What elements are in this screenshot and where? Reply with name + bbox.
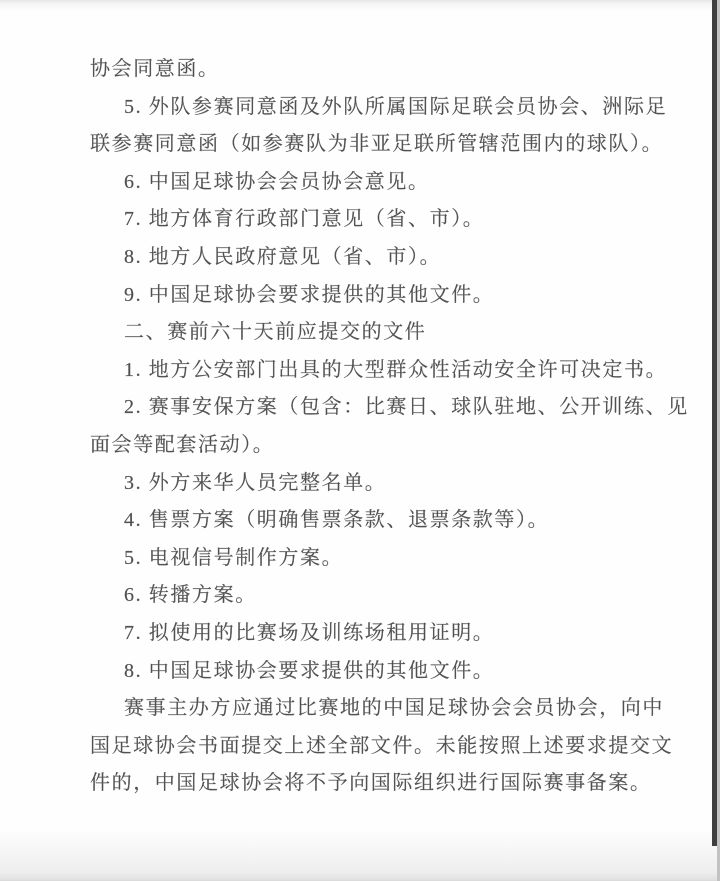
text-line: 6. 转播方案。 bbox=[90, 577, 680, 615]
page-edge-shadow-right bbox=[712, 0, 717, 846]
text-line: 面会等配套活动）。 bbox=[90, 427, 680, 465]
text-line: 2. 赛事安保方案（包含：比赛日、球队驻地、公开训练、见 bbox=[90, 389, 680, 427]
text-line: 1. 地方公安部门出具的大型群众性活动安全许可决定书。 bbox=[90, 352, 680, 390]
text-line: 4. 售票方案（明确售票条款、退票条款等）。 bbox=[90, 502, 680, 540]
text-line: 5. 外队参赛同意函及外队所属国际足联会员协会、洲际足 bbox=[90, 89, 680, 127]
page-top-edge bbox=[0, 0, 720, 12]
scanned-document-page: 协会同意函。5. 外队参赛同意函及外队所属国际足联会员协会、洲际足联参赛同意函（… bbox=[0, 0, 720, 881]
text-line: 二、赛前六十天前应提交的文件 bbox=[90, 314, 680, 352]
text-line: 8. 中国足球协会要求提供的其他文件。 bbox=[90, 653, 680, 691]
document-body: 协会同意函。5. 外队参赛同意函及外队所属国际足联会员协会、洲际足联参赛同意函（… bbox=[90, 51, 680, 803]
text-line: 7. 地方体育行政部门意见（省、市）。 bbox=[90, 201, 680, 239]
text-line: 7. 拟使用的比赛场及训练场租用证明。 bbox=[90, 615, 680, 653]
text-line: 联参赛同意函（如参赛队为非亚足联所管辖范围内的球队）。 bbox=[90, 126, 680, 164]
text-line: 6. 中国足球协会会员协会意见。 bbox=[90, 164, 680, 202]
text-line: 9. 中国足球协会要求提供的其他文件。 bbox=[90, 277, 680, 315]
page-bottom-edge bbox=[0, 829, 720, 881]
text-line: 赛事主办方应通过比赛地的中国足球协会会员协会，向中 bbox=[90, 690, 680, 728]
text-line: 3. 外方来华人员完整名单。 bbox=[90, 465, 680, 503]
text-line: 件的，中国足球协会将不予向国际组织进行国际赛事备案。 bbox=[90, 765, 680, 803]
text-line: 国足球协会书面提交上述全部文件。未能按照上述要求提交文 bbox=[90, 728, 680, 766]
text-line: 5. 电视信号制作方案。 bbox=[90, 540, 680, 578]
text-line: 8. 地方人民政府意见（省、市）。 bbox=[90, 239, 680, 277]
text-line: 协会同意函。 bbox=[90, 51, 680, 89]
